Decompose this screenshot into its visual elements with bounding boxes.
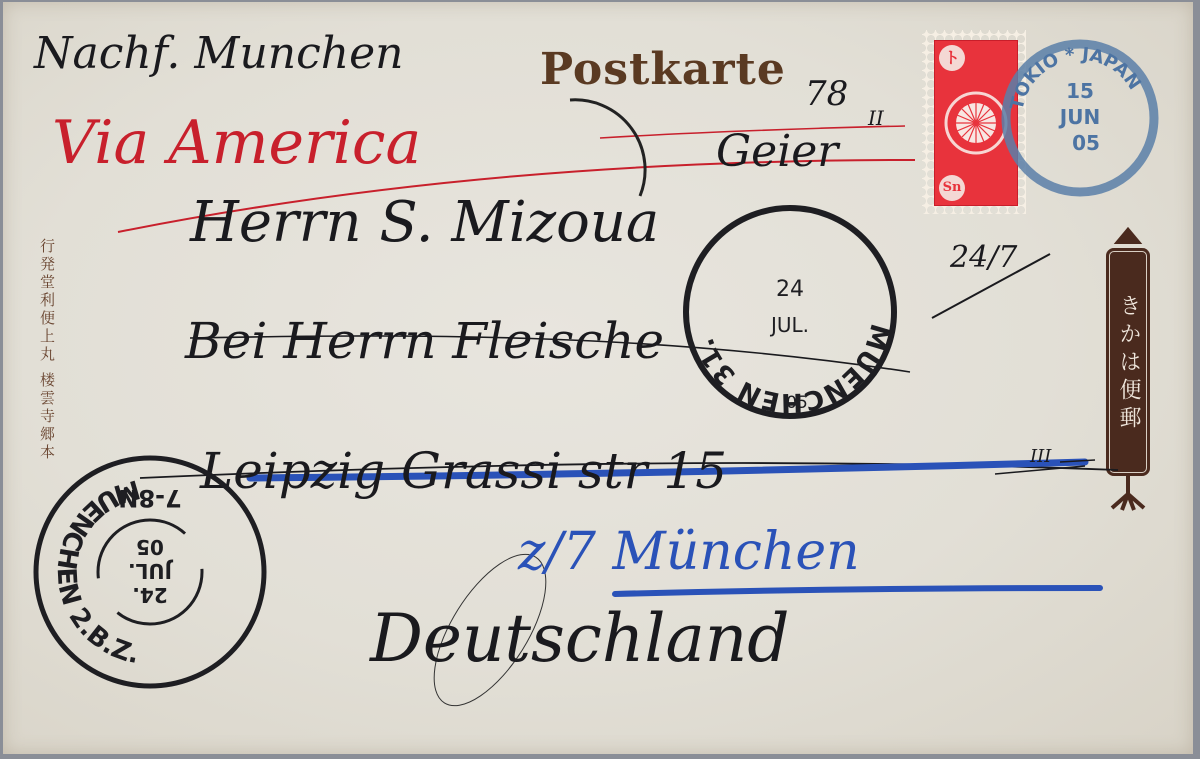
- svg-text:24: 24: [776, 277, 804, 302]
- partial-postmark: [570, 100, 645, 196]
- tokyo-postmark: TOKIO * JAPAN 15 JUN 05: [1006, 44, 1154, 192]
- svg-text:15: 15: [1066, 79, 1094, 103]
- svg-text:JUL.: JUL.: [128, 559, 174, 583]
- svg-text:05: 05: [1072, 131, 1100, 155]
- svg-text:24.: 24.: [132, 583, 167, 607]
- svg-text:JUL.: JUL.: [769, 313, 809, 337]
- postmarks: TOKIO * JAPAN 15 JUN 05 MUENCHEN 31. 24 …: [0, 0, 1200, 759]
- muenchen-2bz-postmark: MUENCHEN 2.B.Z. 24. JUL. 05 7-8N: [36, 458, 264, 686]
- svg-text:05: 05: [136, 535, 164, 559]
- svg-text:7-8N: 7-8N: [118, 484, 181, 512]
- svg-text:05: 05: [786, 393, 808, 413]
- svg-text:JUN: JUN: [1058, 105, 1100, 129]
- muenchen-31-postmark: MUENCHEN 31. 24 JUL. 05: [686, 208, 894, 417]
